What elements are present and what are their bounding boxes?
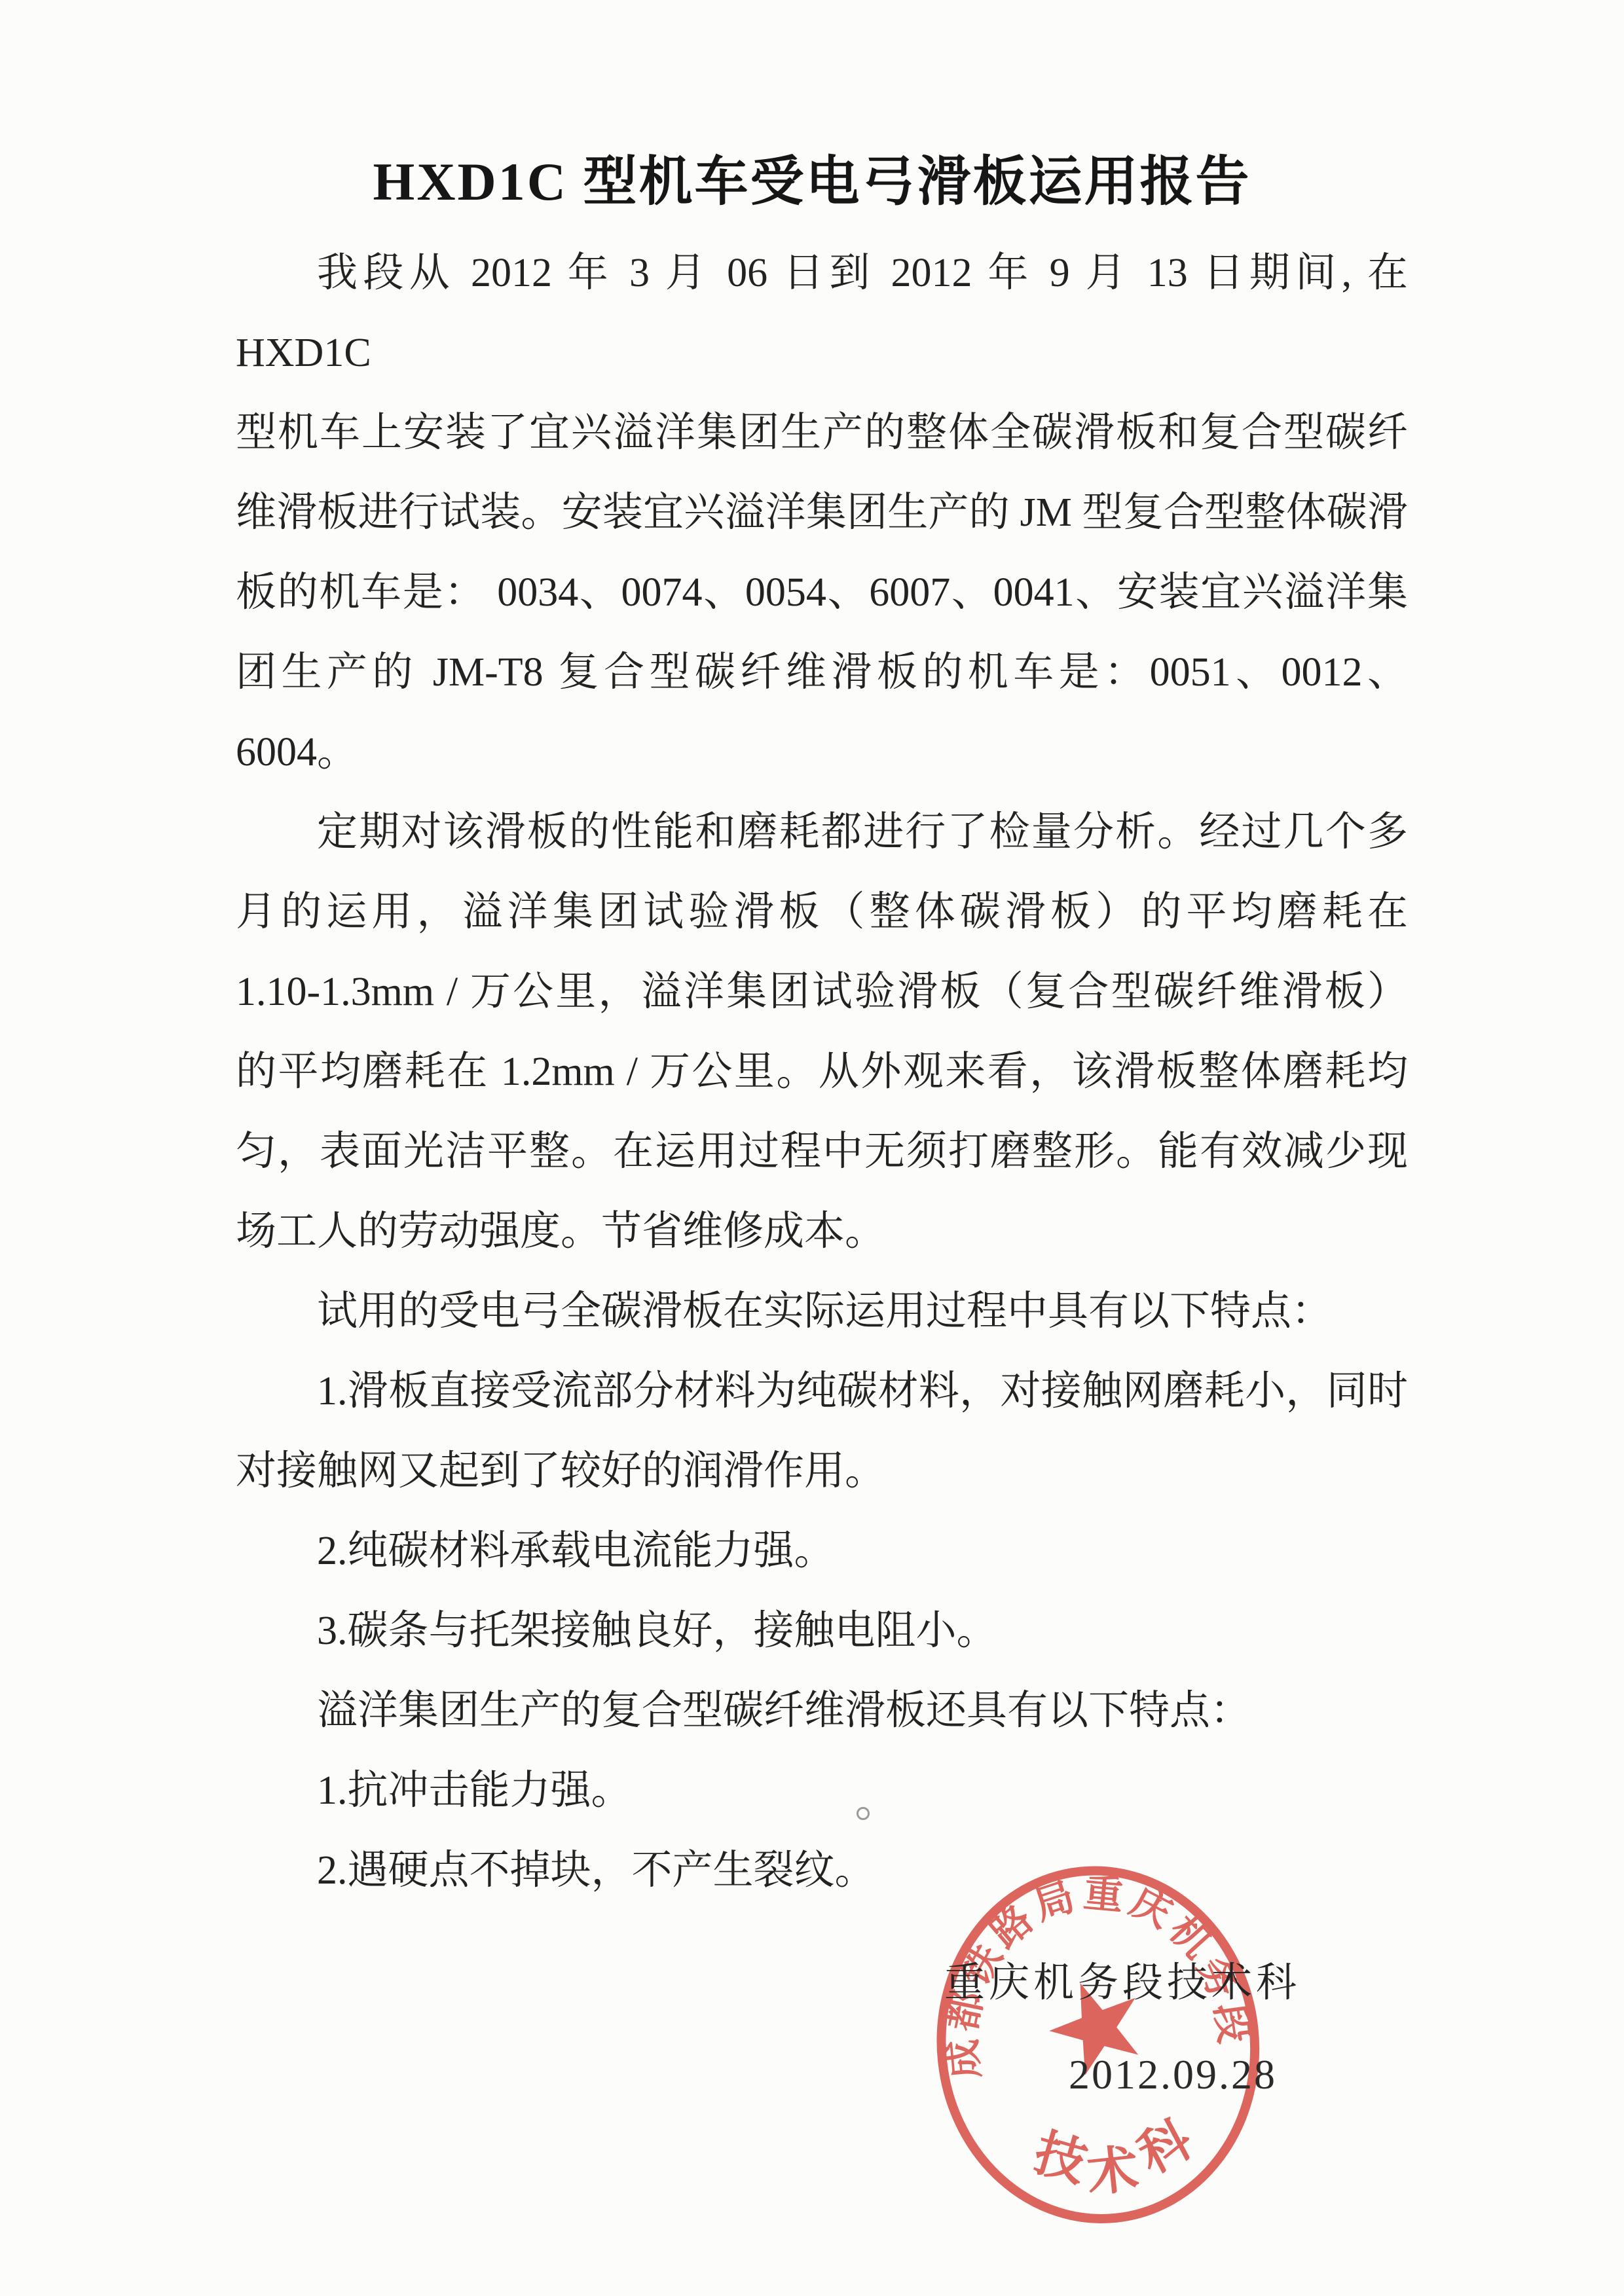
- page-title: HXD1C 型机车受电弓滑板运用报告: [226, 139, 1398, 215]
- body-line-4: 板的机车是： 0034、0074、0054、6007、0041、安装宜兴溢洋集: [236, 553, 1408, 632]
- body-line-1: 我段从 2012 年 3 月 06 日到 2012 年 9 月 13 日期间, …: [236, 233, 1408, 393]
- body-line-3: 维滑板进行试装。安装宜兴溢洋集团生产的 JM 型复合型整体碳滑: [236, 473, 1408, 553]
- official-seal-stamp: 成都铁路局重庆机务段 技 术 科: [906, 1840, 1293, 2253]
- document-body: 我段从 2012 年 3 月 06 日到 2012 年 9 月 13 日期间, …: [236, 233, 1408, 1910]
- body-line-2: 型机车上安装了宜兴溢洋集团生产的整体全碳滑板和复合型碳纤: [236, 393, 1408, 473]
- body-line-13: 1.滑板直接受流部分材料为纯碳材料，对接触网磨耗小，同时: [236, 1351, 1408, 1431]
- body-line-15: 2.纯碳材料承载电流能力强。: [236, 1511, 1408, 1591]
- seal-bottom-char-3: 科: [1129, 2110, 1201, 2184]
- body-line-9: 的平均磨耗在 1.2mm / 万公里。从外观来看，该滑板整体磨耗均: [236, 1032, 1408, 1112]
- body-line-8: 1.10-1.3mm / 万公里，溢洋集团试验滑板（复合型碳纤维滑板）: [236, 952, 1408, 1032]
- signature-unit: 重庆机务段技术科: [944, 1950, 1301, 2008]
- body-line-11: 场工人的劳动强度。节省维修成本。: [236, 1192, 1408, 1271]
- body-line-10: 匀，表面光洁平整。在运用过程中无须打磨整形。能有效减少现: [236, 1112, 1408, 1192]
- signature-date: 2012.09.28: [1069, 2050, 1277, 2099]
- body-line-18: 1.抗冲击能力强。: [236, 1751, 1408, 1831]
- body-line-6: 定期对该滑板的性能和磨耗都进行了检量分析。经过几个多: [236, 792, 1408, 872]
- scan-speck: [857, 1807, 870, 1820]
- seal-bottom-char-1: 技: [1028, 2124, 1093, 2193]
- body-line-12: 试用的受电弓全碳滑板在实际运用过程中具有以下特点：: [236, 1271, 1408, 1351]
- body-line-16: 3.碳条与托架接触良好，接触电阻小。: [236, 1591, 1408, 1671]
- seal-bottom-char-2: 术: [1084, 2140, 1141, 2202]
- body-line-14: 对接触网又起到了较好的润滑作用。: [236, 1431, 1408, 1511]
- body-line-5: 团生产的 JM-T8 复合型碳纤维滑板的机车是：0051、0012、6004。: [236, 632, 1408, 792]
- body-line-17: 溢洋集团生产的复合型碳纤维滑板还具有以下特点：: [236, 1671, 1408, 1751]
- scanned-report-page: HXD1C 型机车受电弓滑板运用报告 我段从 2012 年 3 月 06 日到 …: [0, 0, 1624, 2296]
- body-line-7: 月的运用，溢洋集团试验滑板（整体碳滑板）的平均磨耗在: [236, 872, 1408, 952]
